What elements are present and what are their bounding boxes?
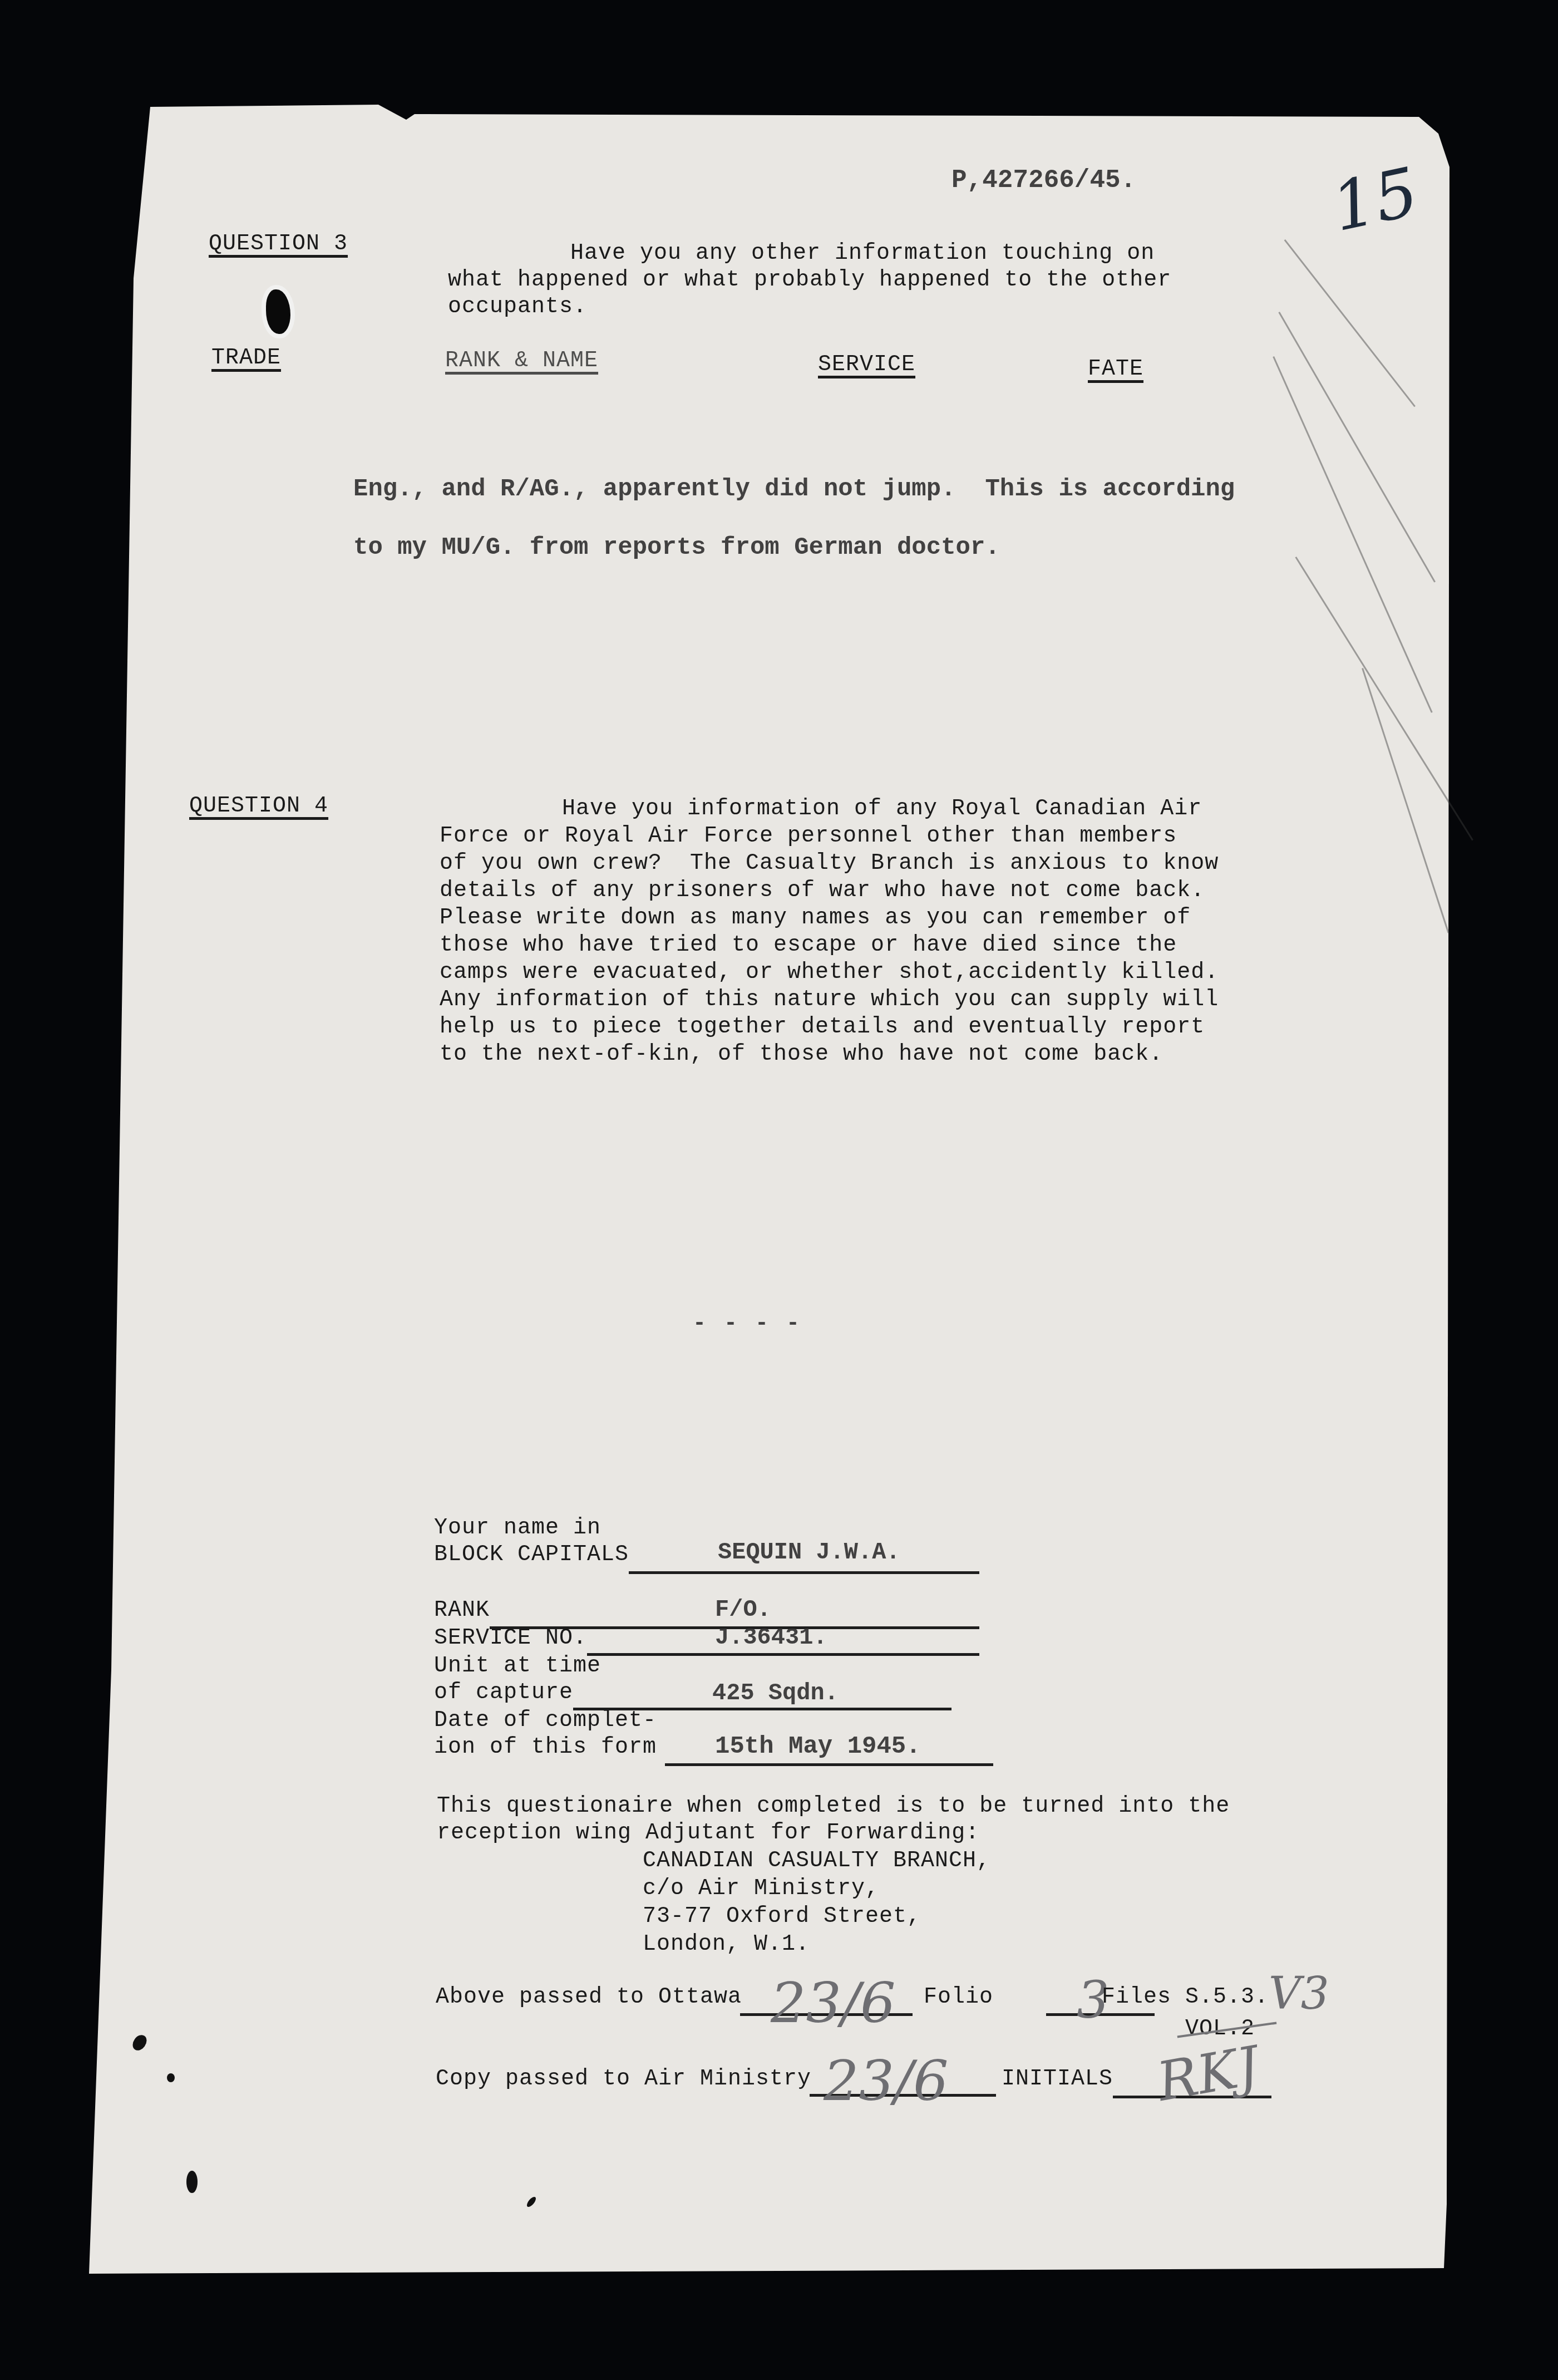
unit-label-line-2: of capture <box>434 1680 573 1707</box>
question3-line-3: occupants. <box>448 294 587 321</box>
question4-line-2: Force or Royal Air Force personnel other… <box>440 823 1177 850</box>
question3-line-1: Have you any other information touching … <box>570 240 1155 267</box>
air-ministry-label: Copy passed to Air Ministry <box>436 2066 811 2093</box>
question4-line-10: to the next-of-kin, of those who have no… <box>440 1041 1163 1068</box>
question3-label: QUESTION 3 <box>209 231 348 258</box>
question3-answer-line-1: Eng., and R/AG., apparently did not jump… <box>353 476 1235 503</box>
address-line-4: London, W.1. <box>643 1931 810 1958</box>
question4-line-7: camps were evacuated, or whether shot,ac… <box>440 960 1219 986</box>
question4-line-8: Any information of this nature which you… <box>440 987 1219 1014</box>
instructions-line-1: This questionaire when completed is to b… <box>437 1793 1230 1820</box>
name-label-line-2: BLOCK CAPITALS <box>434 1542 629 1568</box>
name-label-line-1: Your name in <box>434 1515 601 1542</box>
ottawa-date-handwritten: 23/6 <box>771 1970 896 2035</box>
ink-speck <box>167 2073 175 2082</box>
service-no-field-line <box>587 1653 979 1656</box>
question3-answer-line-2: to my MU/G. from reports from German doc… <box>353 534 1000 561</box>
question4-answer: - - - - <box>693 1311 802 1337</box>
rank-label: RANK <box>434 1597 490 1624</box>
address-line-1: CANADIAN CASUALTY BRANCH, <box>643 1848 990 1875</box>
service-no-value: J.36431. <box>715 1624 827 1651</box>
ink-speck <box>186 2171 198 2193</box>
unit-value: 425 Sqdn. <box>712 1680 839 1707</box>
address-line-2: c/o Air Ministry, <box>643 1876 879 1902</box>
air-ministry-date-handwritten: 23/6 <box>824 2048 949 2113</box>
rank-value: F/O. <box>715 1596 771 1623</box>
question4-line-4: details of any prisoners of war who have… <box>440 878 1205 904</box>
column-header-service: SERVICE <box>818 352 915 378</box>
column-header-rank-name: RANK & NAME <box>445 348 598 375</box>
date-label-line-2: ion of this form <box>434 1734 657 1761</box>
instructions-line-2: reception wing Adjutant for Forwarding: <box>437 1820 979 1847</box>
date-value: 15th May 1945. <box>715 1733 921 1760</box>
question4-label: QUESTION 4 <box>189 793 328 820</box>
initials-label: INITIALS <box>1002 2066 1113 2093</box>
question4-line-1: Have you information of any Royal Canadi… <box>562 796 1202 823</box>
files-annotation-handwritten: V3 <box>1269 1968 1329 2019</box>
question4-line-6: those who have tried to escape or have d… <box>440 932 1177 959</box>
column-header-fate: FATE <box>1088 356 1143 383</box>
column-header-trade: TRADE <box>211 345 281 372</box>
question4-line-5: Please write down as many names as you c… <box>440 905 1191 932</box>
ottawa-label: Above passed to Ottawa <box>436 1984 742 2011</box>
folio-label: Folio <box>924 1984 993 2011</box>
service-no-label: SERVICE NO. <box>434 1625 587 1652</box>
question3-line-2: what happened or what probably happened … <box>448 267 1171 294</box>
question4-line-9: help us to piece together details and ev… <box>440 1014 1205 1041</box>
date-label-line-1: Date of complet- <box>434 1708 657 1734</box>
date-field-line <box>665 1763 993 1766</box>
question4-line-3: of you own crew? The Casualty Branch is … <box>440 850 1219 877</box>
address-line-3: 73-77 Oxford Street, <box>643 1904 921 1930</box>
file-reference: P,427266/45. <box>951 167 1136 194</box>
files-label: Files S.5.3. <box>1102 1984 1269 2011</box>
unit-label-line-1: Unit at time <box>434 1653 601 1680</box>
name-value: SEQUIN J.W.A. <box>718 1539 900 1566</box>
name-field-line <box>629 1571 979 1574</box>
